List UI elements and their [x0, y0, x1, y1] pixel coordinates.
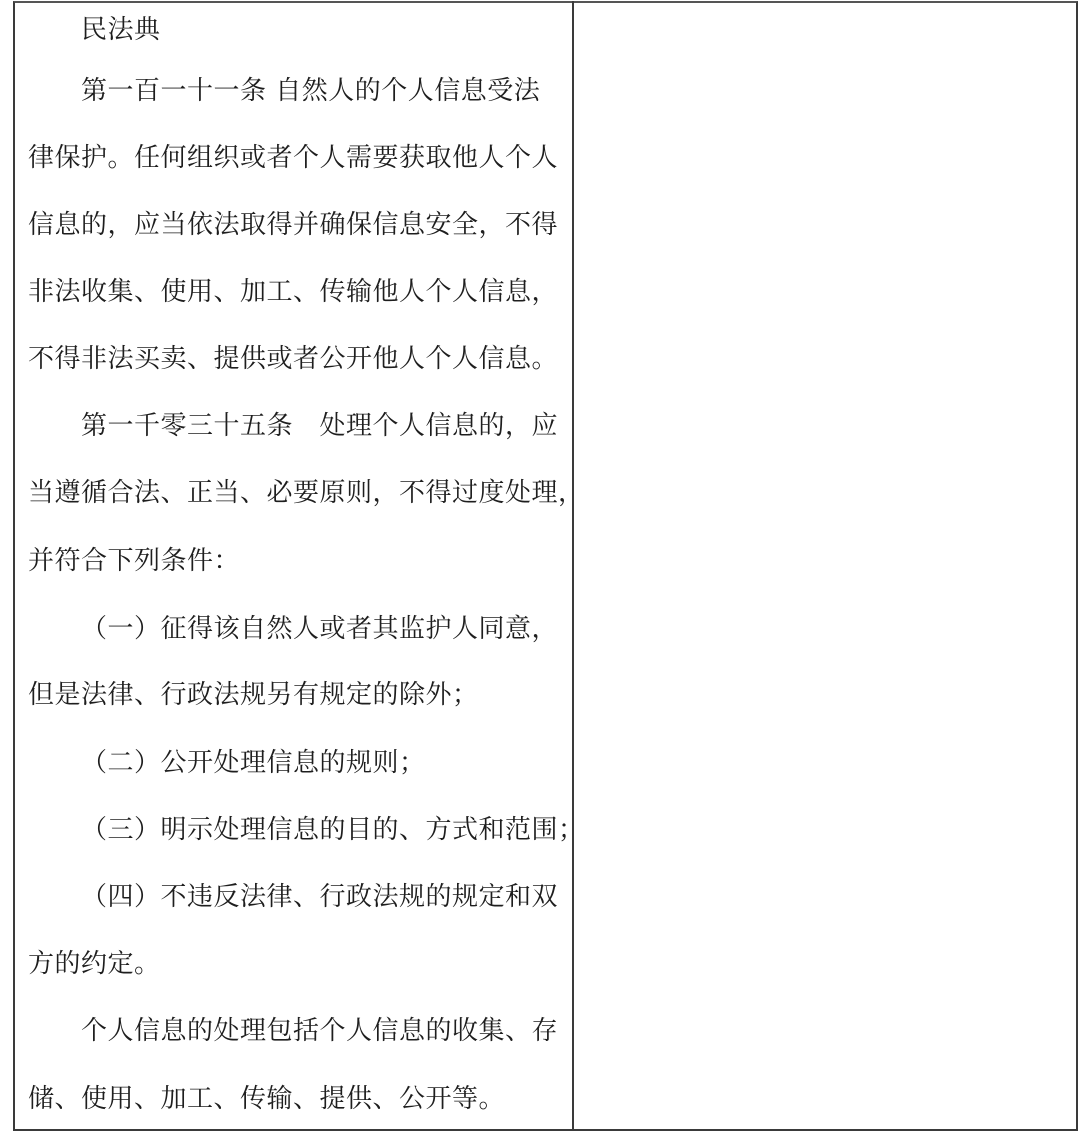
- processing-definition-line-2: 储、使用、加工、传输、提供、公开等。: [28, 1082, 505, 1116]
- condition-1-line-2: 但是法律、行政法规另有规定的除外；: [28, 678, 479, 712]
- civil-code-cell: 民法典 第一百一十一条 自然人的个人信息受法 律保护。任何组织或者个人需要获取他…: [15, 3, 572, 1129]
- condition-1-line-1: （一）征得该自然人或者其监护人同意，: [81, 612, 558, 646]
- article-111-line-1: 第一百一十一条 自然人的个人信息受法: [81, 74, 540, 108]
- condition-3: （三）明示处理信息的目的、方式和范围；: [81, 813, 585, 847]
- article-111-line-3: 信息的，应当依法取得并确保信息安全，不得: [28, 208, 558, 242]
- article-111-line-4: 非法收集、使用、加工、传输他人个人信息，: [28, 275, 558, 309]
- article-111-line-5: 不得非法买卖、提供或者公开他人个人信息。: [28, 342, 558, 376]
- condition-4-line-2: 方的约定。: [28, 947, 161, 981]
- article-1035-line-1: 第一千零三十五条 处理个人信息的，应: [81, 409, 558, 443]
- cell-heading: 民法典: [81, 13, 161, 47]
- article-1035-line-2: 当遵循合法、正当、必要原则，不得过度处理，: [28, 476, 585, 510]
- empty-right-cell: [574, 3, 1076, 1129]
- condition-4-line-1: （四）不违反法律、行政法规的规定和双: [81, 880, 558, 914]
- processing-definition-line-1: 个人信息的处理包括个人信息的收集、存: [81, 1014, 558, 1048]
- condition-2: （二）公开处理信息的规则；: [81, 746, 426, 780]
- article-1035-line-3: 并符合下列条件：: [28, 544, 240, 578]
- article-111-line-2: 律保护。任何组织或者个人需要获取他人个人: [28, 141, 558, 175]
